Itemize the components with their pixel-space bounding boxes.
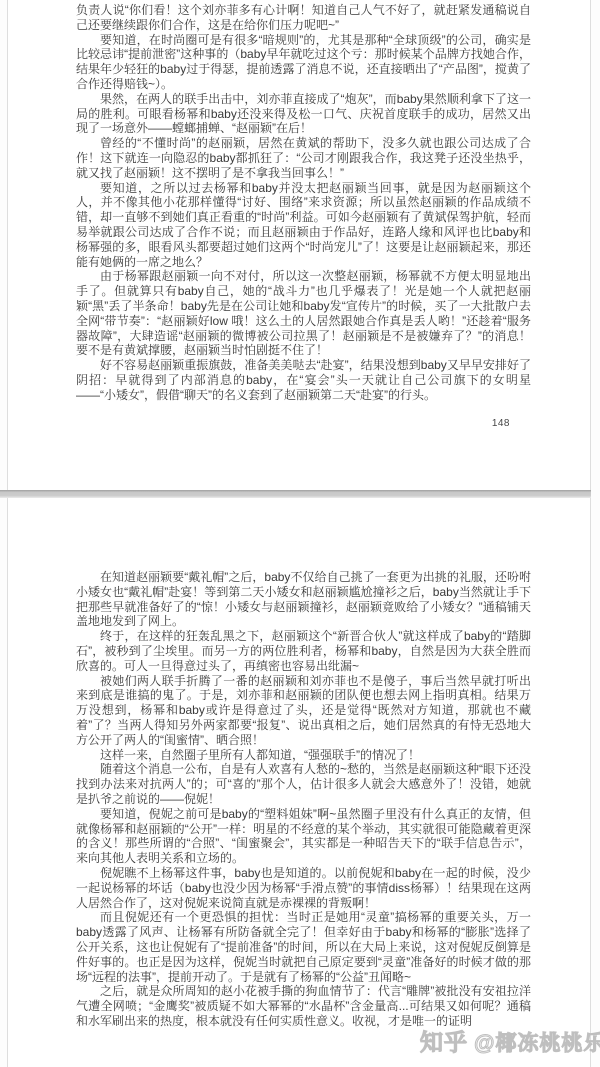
paragraph: 终于，在这样的狂轰乱黑之下，赵丽颖这个“新晋合伙人”就这样成了baby的“踏脚石…: [76, 629, 531, 673]
paragraph: 之后，就是众所周知的赵小花被手撕的狗血情节了：代言“雕牌”被批没有安祖拉洋气遭全…: [76, 984, 531, 1028]
paragraph: 而且倪妮还有一个更恐惧的担忧：当时正是她用“灵童”搞杨幂的重要关头，万一baby…: [76, 910, 531, 984]
paragraph: 要知道，在时尚圈可是有很多“暗规则”的，尤其是那种“全球顶级”的公司，确实是比较…: [76, 33, 531, 92]
paragraph: 随着这个消息一公布，自是有人欢喜有人愁的~愁的，当然是赵丽颖这种“眼下还没找到办…: [76, 762, 531, 806]
paragraph: 负责人说“你们看！这个刘亦菲多有心计啊！知道自己人气不好了，就赶紧发通稿说自己还…: [76, 3, 531, 33]
paragraph: 曾经的“不懂时尚”的赵丽颖，居然在黄斌的帮助下，没多久就也跟公司达成了合作！这下…: [76, 136, 531, 180]
page-2-text: 在知道赵丽颖要“戴礼帽”之后，baby不仅给自己挑了一套更为出挑的礼服，还吩咐小…: [76, 570, 531, 1029]
paragraph: 要知道，倪妮之前可是baby的“塑料姐妹”啊~虽然圈子里没有什么真正的友情，但就…: [76, 807, 531, 866]
paragraph: 被她们两人联手折腾了一番的赵丽颖和刘亦菲也不是傻子，事后当然早就打听出来到底是谁…: [76, 674, 531, 748]
paragraph: 要知道，之所以过去杨幂和baby并没太把赵丽颖当回事，就是因为赵丽颖这个人，并不…: [76, 181, 531, 270]
paragraph: 这样一来，自然圈子里所有人都知道，“强强联手”的情况了！: [76, 748, 531, 763]
paragraph: 倪妮瞧不上杨幂这件事，baby也是知道的。以前倪妮和baby在一起的时候，没少一…: [76, 866, 531, 910]
paragraph: 好不容易赵丽颖重振旗鼓，准备美美哒去“赴宴”，结果没想到baby又早早安排好了阴…: [76, 358, 531, 402]
page-gap-divider: [0, 490, 591, 498]
paragraph: 在知道赵丽颖要“戴礼帽”之后，baby不仅给自己挑了一套更为出挑的礼服，还吩咐小…: [76, 570, 531, 629]
page-1-text: 负责人说“你们看！这个刘亦菲多有心计啊！知道自己人气不好了，就赶紧发通稿说自己还…: [76, 3, 531, 403]
paragraph: 由于杨幂跟赵丽颖一向不对付，所以这一次整赵丽颖，杨幂就不方便太明显地出手了。但就…: [76, 269, 531, 358]
paragraph: 果然，在两人的联手出击中，刘亦菲直接成了“炮灰”，而baby果然顺利拿下了这一局…: [76, 92, 531, 136]
document-scroll-area[interactable]: 负责人说“你们看！这个刘亦菲多有心计啊！知道自己人气不好了，就赶紧发通稿说自己还…: [0, 0, 600, 1067]
page-2: 在知道赵丽颖要“戴礼帽”之后，baby不仅给自己挑了一套更为出挑的礼服，还吩咐小…: [7, 498, 591, 1067]
page-number: 148: [492, 418, 510, 429]
page-1: 负责人说“你们看！这个刘亦菲多有心计啊！知道自己人气不好了，就赶紧发通稿说自己还…: [7, 0, 591, 490]
